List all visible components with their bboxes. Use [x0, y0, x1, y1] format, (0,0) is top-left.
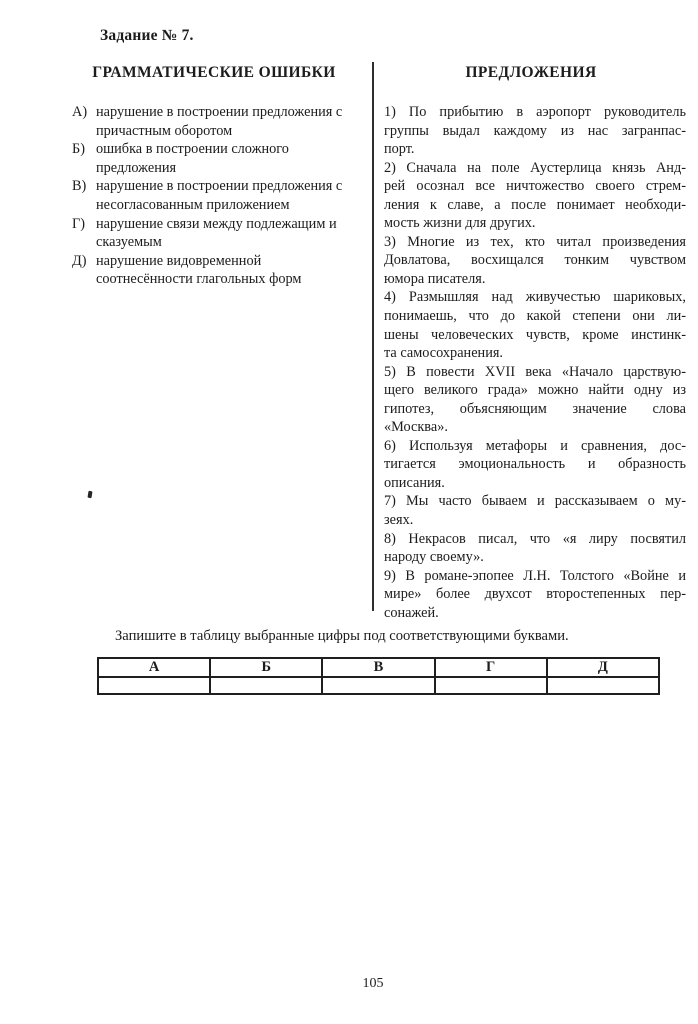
error-item-line: соотнесённости глагольных форм [96, 270, 372, 289]
errors-column: А) нарушение в построении предложения с … [72, 103, 372, 289]
page-number: 105 [0, 976, 698, 992]
error-item: Д) нарушение видовременной соотнесённост… [72, 252, 372, 289]
task-title: Задание № 7. [100, 27, 194, 45]
error-item-letter: Г) [72, 215, 96, 252]
sentence-item: 7) Мы часто бываем и рассказываем о му- … [384, 492, 686, 529]
error-item-letter: Б) [72, 140, 96, 177]
sentence-item: 8) Некрасов писал, что «я лиру посвятил … [384, 530, 686, 567]
right-column-header: ПРЕДЛОЖЕНИЯ [378, 64, 684, 82]
error-item-line: предложения [96, 159, 372, 178]
error-item: А) нарушение в построении предложения с … [72, 103, 372, 140]
error-item-line: причастным оборотом [96, 122, 372, 141]
sentence-item: 2) Сначала на поле Аустерлица князь Анд-… [384, 159, 686, 233]
error-item-line: нарушение в построении предложения с [96, 177, 372, 196]
error-item: Б) ошибка в построении сложного предложе… [72, 140, 372, 177]
error-item-letter: Д) [72, 252, 96, 289]
error-item: В) нарушение в построении предложения с … [72, 177, 372, 214]
sentence-item: 9) В романе-эпопее Л.Н. Толстого «Войне … [384, 567, 686, 623]
answer-cell [547, 677, 659, 694]
answer-cell [435, 677, 547, 694]
answer-table: А Б В Г Д [97, 657, 660, 695]
error-item-line: несогласованным приложением [96, 196, 372, 215]
column-divider-line [372, 62, 374, 611]
sentence-item: 1) По прибытию в аэропорт руководитель г… [384, 103, 686, 159]
left-column-header: ГРАММАТИЧЕСКИЕ ОШИБКИ [58, 64, 370, 82]
answer-header-cell: В [322, 658, 434, 677]
answer-header-cell: Д [547, 658, 659, 677]
scan-artifact [87, 491, 92, 499]
error-item-line: сказуемым [96, 233, 372, 252]
error-item-line: ошибка в построении сложного [96, 140, 372, 159]
sentence-item: 5) В повести XVII века «Начало царствую-… [384, 363, 686, 437]
answer-cell [322, 677, 434, 694]
answer-table-value-row [98, 677, 659, 694]
sentence-item: 3) Многие из тех, кто читал произведения… [384, 233, 686, 289]
sentence-item: 6) Используя метафоры и сравнения, дос- … [384, 437, 686, 493]
answer-header-cell: Г [435, 658, 547, 677]
sentences-column: 1) По прибытию в аэропорт руководитель г… [384, 103, 686, 622]
error-item-line: нарушение видовременной [96, 252, 372, 271]
error-item-line: нарушение в построении предложения с [96, 103, 372, 122]
answer-cell [98, 677, 210, 694]
error-item-letter: В) [72, 177, 96, 214]
document-page: Задание № 7. ГРАММАТИЧЕСКИЕ ОШИБКИ ПРЕДЛ… [0, 0, 698, 1024]
answer-cell [210, 677, 322, 694]
instruction-text: Запишите в таблицу выбранные цифры под с… [115, 628, 569, 645]
error-item-letter: А) [72, 103, 96, 140]
answer-table-header-row: А Б В Г Д [98, 658, 659, 677]
answer-header-cell: Б [210, 658, 322, 677]
error-item-line: нарушение связи между подлежащим и [96, 215, 372, 234]
error-item: Г) нарушение связи между подлежащим и ск… [72, 215, 372, 252]
sentence-item: 4) Размышляя над живучестью шариковых, п… [384, 288, 686, 362]
answer-header-cell: А [98, 658, 210, 677]
